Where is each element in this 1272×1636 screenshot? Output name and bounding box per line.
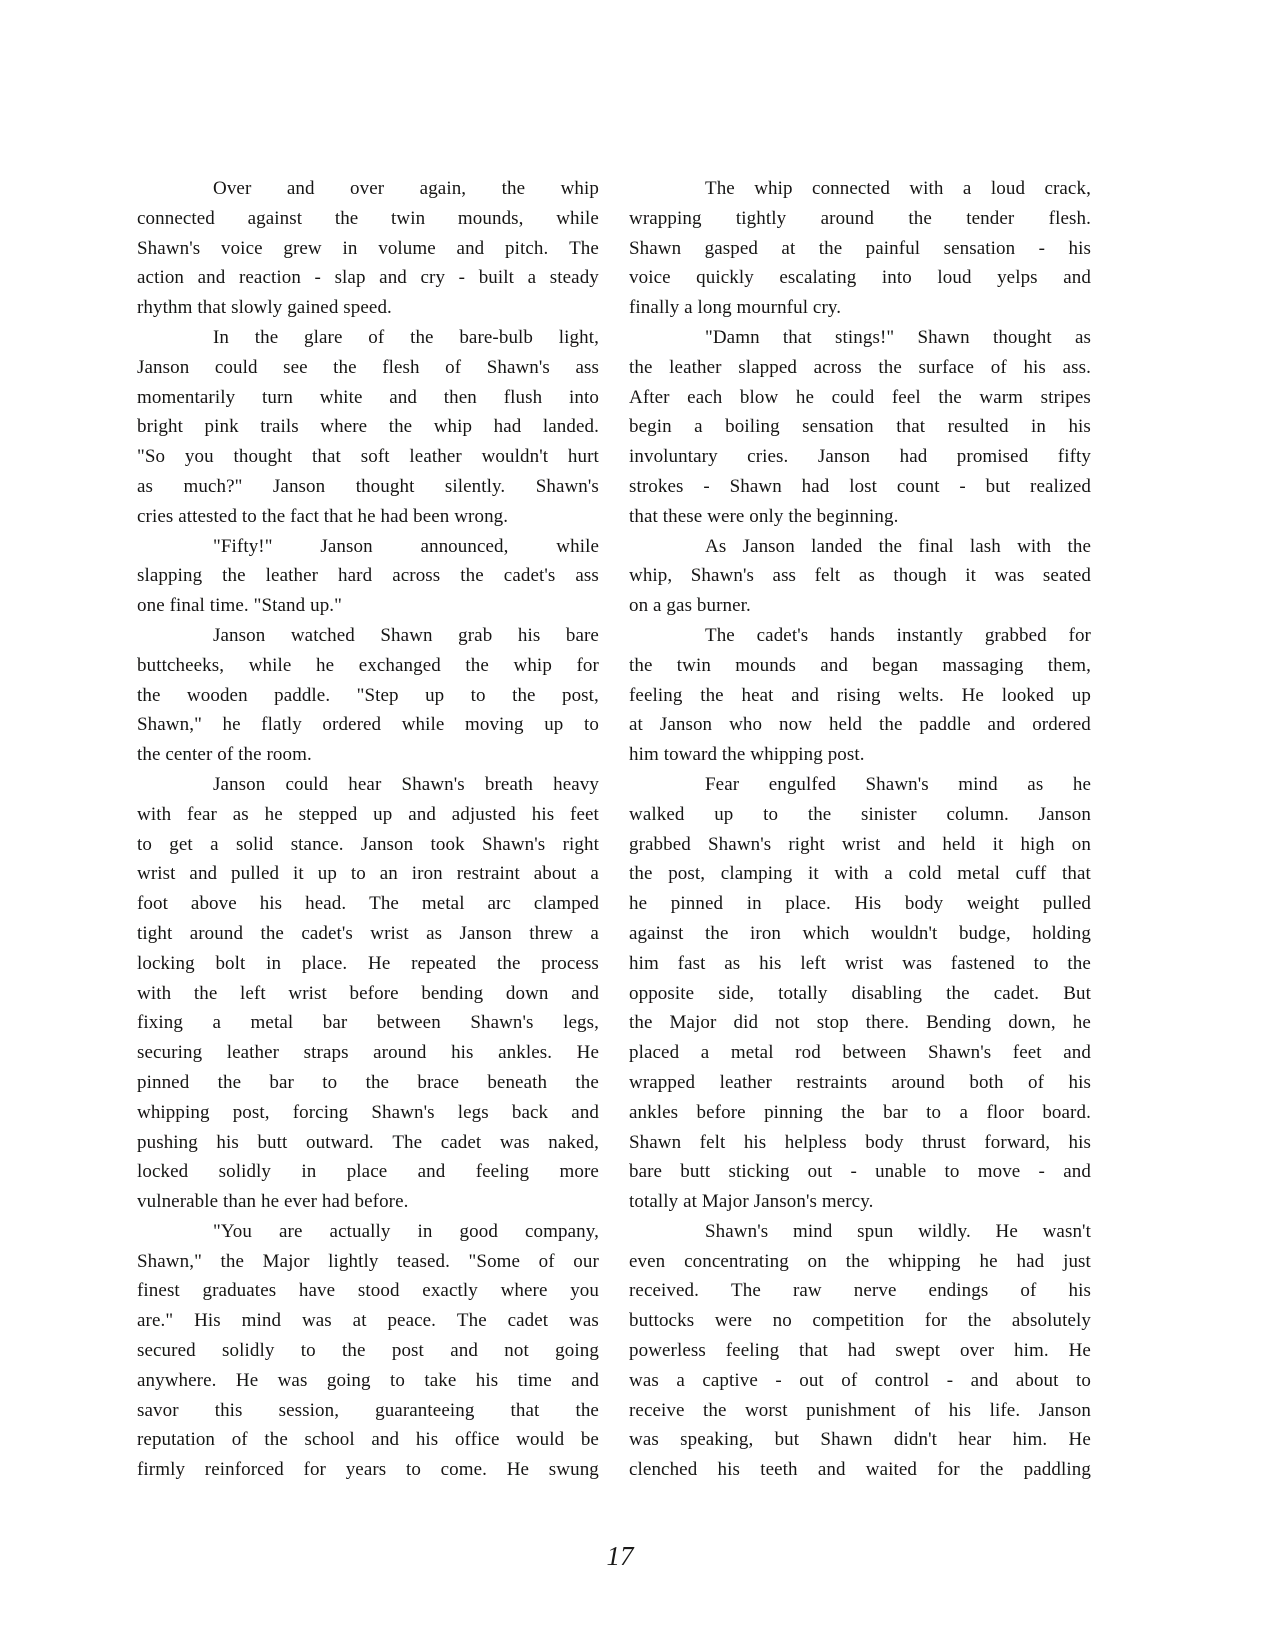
text-line: anywhere.Hewasgoingtotakehistimeand [137, 1366, 599, 1396]
text-line: feelingtheheatandrisingwelts.Helookedup [629, 681, 1091, 711]
text-line: Shawn'smindspunwildly.Hewasn't [629, 1217, 1091, 1247]
text-line: anklesbeforepinningthebartoafloorboard. [629, 1098, 1091, 1128]
text-line: finestgraduateshavestoodexactlywhereyou [137, 1276, 599, 1306]
text-line: slappingtheleatherhardacrossthecadet'sas… [137, 561, 599, 591]
text-line: JansoncouldseethefleshofShawn'sass [137, 353, 599, 383]
text-line: oppositeside,totallydisablingthecadet.Bu… [629, 979, 1091, 1009]
text-line: AsJansonlandedthefinallashwiththe [629, 532, 1091, 562]
text-line: walkeduptothesinistercolumn.Janson [629, 800, 1091, 830]
text-line: securedsolidlytothepostandnotgoing [137, 1336, 599, 1366]
text-line: "Youareactuallyingoodcompany, [137, 1217, 599, 1247]
text-line: wrappedleatherrestraintsaroundbothofhis [629, 1068, 1091, 1098]
text-line: firmlyreinforcedforyearstocome.Heswung [137, 1455, 599, 1485]
text-line: are."Hismindwasatpeace.Thecadetwas [137, 1306, 599, 1336]
text-line: tightaroundthecadet'swristasJansonthrewa [137, 919, 599, 949]
text-line: barebuttstickingout-unabletomove-and [629, 1157, 1091, 1187]
text-line: voicequicklyescalatingintoloudyelpsand [629, 263, 1091, 293]
paragraph: "Damnthatstings!"Shawnthoughtastheleathe… [629, 323, 1091, 532]
text-line: placedametalrodbetweenShawn'sfeetand [629, 1038, 1091, 1068]
text-line: pinnedthebartothebracebeneaththe [137, 1068, 599, 1098]
text-line: atJansonwhonowheldthepaddleandordered [629, 710, 1091, 740]
text-line: theleatherslappedacrossthesurfaceofhisas… [629, 353, 1091, 383]
text-line: thewoodenpaddle."Stepuptothepost, [137, 681, 599, 711]
text-line: Overandoveragain,thewhip [137, 174, 599, 204]
text-line: Shawnfelthishelplessbodythrustforward,hi… [629, 1128, 1091, 1158]
text-line: wasspeaking,butShawndidn'thearhim.He [629, 1425, 1091, 1455]
paragraph: Intheglareofthebare-bulblight,Jansoncoul… [137, 323, 599, 532]
text-line: togetasolidstance.JansontookShawn'sright [137, 830, 599, 860]
text-column-left: Overandoveragain,thewhipconnectedagainst… [137, 174, 599, 1485]
text-line: withfearashesteppedupandadjustedhisfeet [137, 800, 599, 830]
text-line: momentarilyturnwhiteandthenflushinto [137, 383, 599, 413]
text-line: lockingboltinplace.Herepeatedtheprocess [137, 949, 599, 979]
text-line: wrappingtightlyaroundthetenderflesh. [629, 204, 1091, 234]
text-line: himfastashisleftwristwasfastenedtothe [629, 949, 1091, 979]
text-line: Shawngaspedatthepainfulsensation-his [629, 234, 1091, 264]
text-line: "Fifty!"Jansonannounced,while [137, 532, 599, 562]
text-line: evenconcentratingonthewhippinghehadjust [629, 1247, 1091, 1277]
text-line: Aftereachblowhecouldfeelthewarmstripes [629, 383, 1091, 413]
paragraph: FearengulfedShawn'smindashewalkeduptothe… [629, 770, 1091, 1217]
text-line: finally a long mournful cry. [629, 293, 1091, 323]
text-line: theMajordidnotstopthere.Bendingdown,he [629, 1008, 1091, 1038]
text-line: him toward the whipping post. [629, 740, 1091, 770]
text-line: Shawn'svoicegrewinvolumeandpitch.The [137, 234, 599, 264]
text-line: received.Therawnerveendingsofhis [629, 1276, 1091, 1306]
text-line: buttockswerenocompetitionfortheabsolutel… [629, 1306, 1091, 1336]
text-line: on a gas burner. [629, 591, 1091, 621]
text-line: powerlessfeelingthathadsweptoverhim.He [629, 1336, 1091, 1366]
paragraph: Thecadet'shandsinstantlygrabbedforthetwi… [629, 621, 1091, 770]
text-line: Thewhipconnectedwithaloudcrack, [629, 174, 1091, 204]
text-line: pushinghisbuttoutward.Thecadetwasnaked, [137, 1128, 599, 1158]
page: Overandoveragain,thewhipconnectedagainst… [0, 0, 1272, 1636]
text-line: asmuch?"Jansonthoughtsilently.Shawn's [137, 472, 599, 502]
text-line: whip,Shawn'sassfeltasthoughitwasseated [629, 561, 1091, 591]
paragraph: Shawn'smindspunwildly.Hewasn'tevenconcen… [629, 1217, 1091, 1485]
paragraph: "Youareactuallyingoodcompany,Shawn,"theM… [137, 1217, 599, 1485]
text-line: "Damnthatstings!"Shawnthoughtas [629, 323, 1091, 353]
text-line: thepost,clampingitwithacoldmetalcuffthat [629, 859, 1091, 889]
text-line: grabbedShawn'srightwristandheldithighon [629, 830, 1091, 860]
text-line: that these were only the beginning. [629, 502, 1091, 532]
text-line: againsttheironwhichwouldn'tbudge,holding [629, 919, 1091, 949]
text-line: reputationoftheschoolandhisofficewouldbe [137, 1425, 599, 1455]
text-line: thetwinmoundsandbeganmassagingthem, [629, 651, 1091, 681]
text-line: wristandpulledituptoanironrestraintabout… [137, 859, 599, 889]
text-line: receivetheworstpunishmentofhislife.Janso… [629, 1396, 1091, 1426]
text-line: JansoncouldhearShawn'sbreathheavy [137, 770, 599, 800]
text-line: Shawn,"theMajorlightlyteased."Someofour [137, 1247, 599, 1277]
text-line: the center of the room. [137, 740, 599, 770]
text-line: JansonwatchedShawngrabhisbare [137, 621, 599, 651]
paragraph: JansonwatchedShawngrabhisbarebuttcheeks,… [137, 621, 599, 770]
text-line: hepinnedinplace.Hisbodyweightpulled [629, 889, 1091, 919]
text-line: beginaboilingsensationthatresultedinhis [629, 412, 1091, 442]
text-line: securingleatherstrapsaroundhisankles.He [137, 1038, 599, 1068]
text-line: involuntarycries.Jansonhadpromisedfifty [629, 442, 1091, 472]
text-column-right: Thewhipconnectedwithaloudcrack,wrappingt… [629, 174, 1091, 1485]
page-number: 17 [556, 1540, 684, 1572]
paragraph: AsJansonlandedthefinallashwiththewhip,Sh… [629, 532, 1091, 621]
text-line: whippingpost,forcingShawn'slegsbackand [137, 1098, 599, 1128]
paragraph: "Fifty!"Jansonannounced,whileslappingthe… [137, 532, 599, 621]
text-line: Shawn,"heflatlyorderedwhilemovingupto [137, 710, 599, 740]
text-line: one final time. "Stand up." [137, 591, 599, 621]
text-line: Intheglareofthebare-bulblight, [137, 323, 599, 353]
text-line: brightpinktrailswherethewhiphadlanded. [137, 412, 599, 442]
text-line: buttcheeks,whileheexchangedthewhipfor [137, 651, 599, 681]
text-line: connectedagainstthetwinmounds,while [137, 204, 599, 234]
text-line: cries attested to the fact that he had b… [137, 502, 599, 532]
text-line: savorthissession,guaranteeingthatthe [137, 1396, 599, 1426]
text-line: footabovehishead.Themetalarcclamped [137, 889, 599, 919]
paragraph: JansoncouldhearShawn'sbreathheavywithfea… [137, 770, 599, 1217]
text-line: strokes-Shawnhadlostcount-butrealized [629, 472, 1091, 502]
text-line: totally at Major Janson's mercy. [629, 1187, 1091, 1217]
text-line: Thecadet'shandsinstantlygrabbedfor [629, 621, 1091, 651]
text-line: clenchedhisteethandwaitedforthepaddling [629, 1455, 1091, 1485]
text-line: wasacaptive-outofcontrol-andaboutto [629, 1366, 1091, 1396]
text-line: withtheleftwristbeforebendingdownand [137, 979, 599, 1009]
text-line: "Soyouthoughtthatsoftleatherwouldn'thurt [137, 442, 599, 472]
text-line: FearengulfedShawn'smindashe [629, 770, 1091, 800]
text-line: fixingametalbarbetweenShawn'slegs, [137, 1008, 599, 1038]
text-line: lockedsolidlyinplaceandfeelingmore [137, 1157, 599, 1187]
text-line: rhythm that slowly gained speed. [137, 293, 599, 323]
paragraph: Overandoveragain,thewhipconnectedagainst… [137, 174, 599, 323]
text-line: actionandreaction-slapandcry-builtastead… [137, 263, 599, 293]
paragraph: Thewhipconnectedwithaloudcrack,wrappingt… [629, 174, 1091, 323]
text-line: vulnerable than he ever had before. [137, 1187, 599, 1217]
